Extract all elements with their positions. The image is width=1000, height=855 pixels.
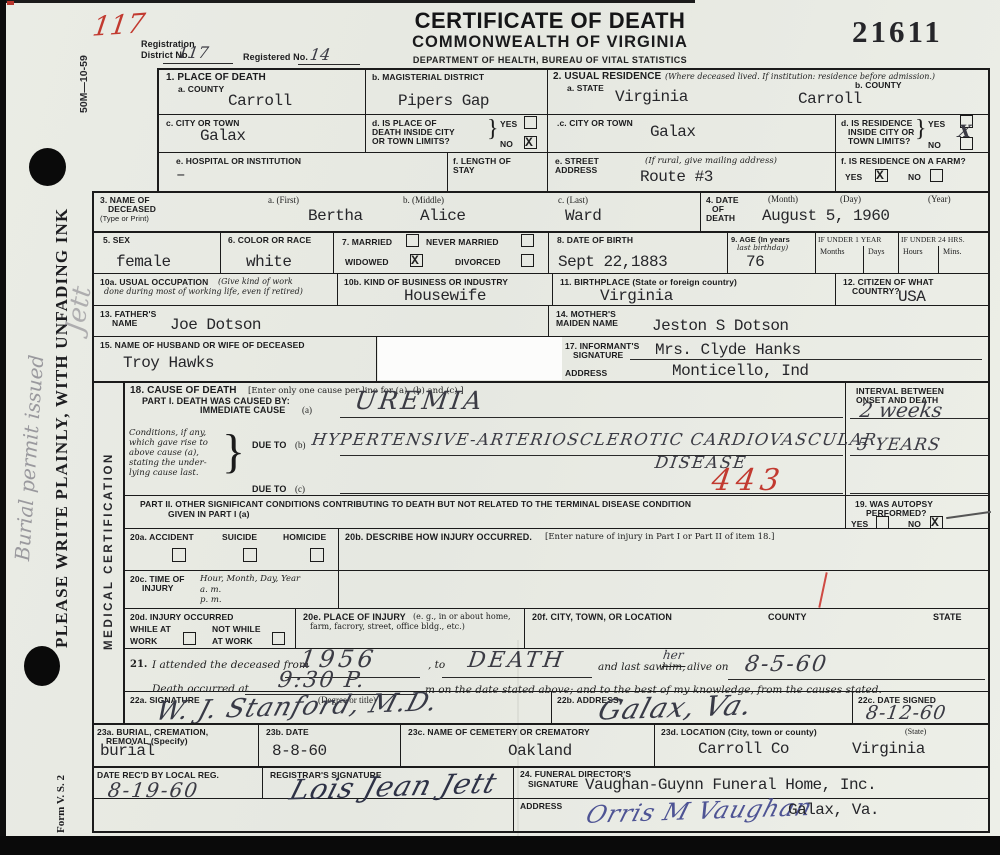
age-label2: last birthday): [737, 243, 788, 252]
funeral-address-value: Galax, Va.: [788, 801, 879, 819]
birthplace-value: Virginia: [600, 287, 673, 305]
mother-label: MAIDEN NAME: [556, 318, 618, 328]
cause-c-tag: (c): [295, 484, 305, 494]
write-plainly-notice: PLEASE WRITE PLAINLY, WITH UNFADING INK: [52, 208, 72, 648]
border: [92, 305, 990, 306]
brace: }: [915, 116, 927, 143]
border: [123, 570, 990, 571]
registered-no-line: [298, 64, 360, 65]
autopsy-no-checkmark: X: [931, 515, 939, 530]
part2-label: PART II. OTHER SIGNIFICANT CONDITIONS CO…: [140, 499, 691, 509]
department-line: DEPARTMENT OF HEALTH, BUREAU OF VITAL ST…: [375, 55, 725, 65]
middle-name-value: Alice: [420, 207, 466, 225]
last-saw-her-written: her: [662, 648, 685, 662]
border: [548, 231, 549, 273]
punch-hole-bottom: [24, 646, 60, 686]
border: [337, 273, 338, 305]
border: [988, 68, 990, 832]
spouse-label: 15. NAME OF HUSBAND OR WIFE OF DECEASED: [100, 340, 305, 350]
border: [835, 114, 836, 191]
cause-b-line: [340, 455, 843, 456]
border: [262, 766, 263, 798]
border: [447, 152, 448, 191]
limits-no-checkmark: X: [525, 135, 533, 150]
race-label: 6. COLOR OR RACE: [228, 235, 311, 245]
form-stock-code: 50M—10-59: [78, 55, 90, 113]
autopsy-no-label: NO: [908, 519, 921, 529]
residence-state-label: a. STATE: [567, 83, 604, 93]
border: [938, 246, 939, 273]
county-value: Carroll: [228, 92, 292, 110]
place-of-injury-label: 20e. PLACE OF INJURY: [303, 612, 406, 622]
district-no-value: 117: [177, 43, 210, 62]
injury-county-label: COUNTY: [768, 612, 807, 622]
county-label: a. COUNTY: [178, 84, 224, 94]
married-checkbox: [406, 234, 419, 247]
citizen-value: USA: [898, 288, 925, 306]
red-slash-mark: [818, 572, 827, 608]
first-name-label: a. (First): [268, 195, 299, 205]
never-married-label: NEVER MARRIED: [426, 237, 499, 247]
days-label: Days: [868, 247, 884, 256]
date-of-death-value: August 5, 1960: [762, 207, 889, 225]
informant-label: SIGNATURE: [573, 350, 623, 360]
occupation-note: done during most of working life, even i…: [104, 287, 303, 296]
residence-limits-checkmark: X: [957, 122, 973, 142]
medical-certification-sidebar: MEDICAL CERTIFICATION: [103, 452, 115, 650]
border: [92, 191, 94, 832]
not-while-label: NOT WHILE: [212, 624, 261, 634]
registered-no-value: 14: [309, 45, 332, 64]
farm-no-checkbox: [930, 169, 943, 182]
scan-edge-left: [0, 0, 6, 855]
border: [547, 68, 548, 191]
border: [92, 831, 990, 833]
conditions-brace: }: [222, 424, 245, 479]
residence-limits-no-label: NO: [928, 140, 941, 150]
interval-b-value: 5 YEARS: [856, 435, 942, 455]
cemetery-value: Oakland: [508, 742, 572, 760]
describe-injury-label: 20b. DESCRIBE HOW INJURY OCCURRED.: [345, 532, 532, 542]
burial-date-value: 8-8-60: [272, 742, 327, 760]
while-at-label: WHILE AT: [130, 624, 171, 634]
death-certificate-scan: 50M—10-59 PLEASE WRITE PLAINLY, WITH UNF…: [0, 0, 1000, 855]
interval-a-line: [850, 418, 988, 419]
district-no-line: [163, 63, 233, 64]
deceased-name-note: (Type or Print): [100, 214, 149, 223]
border: [338, 528, 339, 608]
residence-limits-yes-label: YES: [928, 119, 945, 129]
hospital-value: –: [176, 166, 185, 184]
citizen-label: COUNTRY?: [852, 286, 900, 296]
border: [258, 723, 259, 766]
border: [835, 273, 836, 305]
while-at-work-checkbox: [183, 632, 196, 645]
business-label: 10b. KIND OF BUSINESS OR INDUSTRY: [344, 277, 508, 287]
day-label: (Day): [840, 194, 861, 204]
commonwealth-subtitle: COMMONWEALTH OF VIRGINIA: [395, 33, 705, 52]
month-label: (Month): [768, 194, 798, 204]
residence-city-label: .c. CITY OR TOWN: [557, 118, 633, 128]
farm-yes-checkmark: X: [876, 168, 884, 183]
informant-line: [630, 359, 982, 360]
border: [92, 191, 990, 193]
last-seen-value: 8-5-60: [743, 652, 829, 677]
informant-address-label: ADDRESS: [565, 368, 607, 378]
registrar-signature-value: Lois Jean Jett: [286, 766, 501, 806]
border: [92, 381, 990, 383]
attended-to-label: , to: [428, 659, 445, 671]
usual-residence-title: 2. USUAL RESIDENCE: [553, 71, 661, 82]
street-address-note: (If rural, give mailing address): [645, 156, 777, 166]
attended-to-line: [442, 677, 592, 678]
pm-label: p. m.: [200, 595, 222, 605]
disposition-state-label: (State): [905, 727, 926, 736]
homicide-checkbox: [310, 548, 324, 562]
last-saw-text: and last saw: [598, 661, 664, 673]
widowed-label: WIDOWED: [345, 257, 389, 267]
border: [92, 723, 990, 725]
border: [815, 231, 816, 273]
cause-code-red: 443: [710, 463, 787, 498]
cause-of-death-title: 18. CAUSE OF DEATH: [130, 385, 237, 396]
disposition-state-value: Virginia: [852, 740, 925, 758]
registered-no-label: Registered No.: [243, 52, 308, 62]
border: [92, 231, 990, 233]
conditions-note: lying cause last.: [129, 468, 199, 478]
informant-address-value: Monticello, Ind: [672, 362, 809, 380]
informant-value: Mrs. Clyde Hanks: [655, 341, 801, 359]
border: [157, 152, 990, 153]
birthplace-label: 11. BIRTHPLACE (State or foreign country…: [560, 277, 737, 287]
hours-label: Hours: [903, 247, 923, 256]
border: [700, 191, 701, 231]
death-occurred-text: Death occurred at: [152, 683, 249, 695]
cause-a-value: UREMIA: [353, 386, 487, 415]
last-seen-line: [728, 679, 985, 680]
scan-edge-top: [0, 0, 695, 3]
border: [365, 68, 366, 152]
residence-county-label: b. COUNTY: [855, 80, 902, 90]
street-address-value: Route #3: [640, 168, 713, 186]
last-name-label: c. (Last): [558, 195, 588, 205]
certificate-title: CERTIFICATE OF DEATH: [395, 8, 705, 34]
form-vs-label: Form V. S. 2: [55, 775, 67, 833]
father-value: Joe Dotson: [170, 316, 261, 334]
street-address-label: ADDRESS: [555, 165, 597, 175]
border: [333, 231, 334, 273]
autopsy-yes-label: YES: [851, 519, 868, 529]
residence-city-value: Galax: [650, 123, 696, 141]
accident-label: 20a. ACCIDENT: [130, 532, 194, 542]
border: [123, 608, 990, 609]
months-label: Months: [820, 247, 844, 256]
date-signed-value: 8-12-60: [864, 702, 947, 724]
red-speck: [7, 1, 14, 5]
brace: }: [487, 116, 499, 143]
time-of-injury-note: Hour, Month, Day, Year: [200, 574, 300, 584]
cause-a-line: [340, 417, 843, 418]
am-label: a. m.: [200, 585, 221, 595]
magisterial-district-label: b. MAGISTERIAL DISTRICT: [372, 72, 484, 82]
border: [898, 231, 899, 273]
disposition-location-value: Carroll Co: [698, 740, 789, 758]
suicide-checkbox: [243, 548, 257, 562]
spouse-value: Troy Hawks: [123, 354, 214, 372]
last-name-value: Ward: [565, 207, 601, 225]
work-label: WORK: [130, 636, 157, 646]
attended-to-value: DEATH: [466, 648, 567, 673]
border: [92, 273, 990, 274]
interval-b-line: [850, 455, 988, 456]
business-value: Housewife: [404, 287, 486, 305]
due-to-c-label: DUE TO: [252, 484, 286, 494]
limits-yes-checkbox: [524, 116, 537, 129]
pencil-stroke: [946, 511, 991, 519]
autopsy-yes-checkbox: [876, 516, 889, 529]
border: [123, 495, 990, 496]
border: [552, 273, 553, 305]
conditions-note: Conditions, if any,: [129, 428, 206, 438]
part2-label2: GIVEN IN PART I (a): [168, 509, 250, 519]
father-label: NAME: [112, 318, 137, 328]
border: [654, 723, 655, 766]
border: [524, 608, 525, 648]
never-married-checkbox: [521, 234, 534, 247]
injury-city-label: 20f. CITY, TOWN, OR LOCATION: [532, 612, 672, 622]
border: [157, 68, 159, 191]
interval-c-line: [850, 493, 988, 494]
date-received-value: 8-19-60: [106, 778, 201, 802]
middle-name-label: b. (Middle): [403, 195, 444, 205]
limits-no-label: NO: [500, 139, 513, 149]
deceased-name-label: DECEASED: [108, 204, 156, 214]
burial-value: burial: [100, 742, 155, 760]
redaction-box: [378, 337, 562, 380]
conditions-note: above cause (a),: [129, 448, 199, 458]
place-of-injury-note: farm, facrory, street, office bldg., etc…: [310, 622, 465, 631]
accident-checkbox: [172, 548, 186, 562]
age-value: 76: [746, 253, 764, 271]
border: [123, 381, 125, 723]
sex-label: 5. SEX: [103, 235, 130, 245]
border: [157, 68, 990, 70]
farm-yes-label: YES: [845, 172, 862, 182]
funeral-address-label: ADDRESS: [520, 801, 562, 811]
time-of-injury-label: INJURY: [142, 583, 173, 593]
funeral-home-value: Vaughan-Guynn Funeral Home, Inc.: [585, 776, 876, 794]
certifier-address-value: Galax, Va.: [594, 688, 757, 726]
married-label: 7. MARRIED: [342, 237, 392, 247]
race-value: white: [246, 253, 292, 271]
border: [157, 114, 990, 115]
at-work-label: AT WORK: [212, 636, 253, 646]
occupation-note: (Give kind of work: [218, 277, 293, 286]
length-of-stay-label: STAY: [453, 165, 475, 175]
farm-no-label: NO: [908, 172, 921, 182]
red-handwritten-number: 117: [90, 8, 147, 43]
magisterial-district-value: Pipers Gap: [398, 92, 489, 110]
describe-injury-note: [Enter nature of injury in Part I or Par…: [545, 532, 774, 542]
year-label: (Year): [928, 194, 951, 204]
conditions-note: stating the under-: [129, 458, 207, 468]
date-of-death-label: DEATH: [706, 213, 735, 223]
attended-number: 21.: [130, 659, 147, 670]
burial-date-label: 23b. DATE: [266, 727, 309, 737]
mother-value: Jeston S Dotson: [652, 317, 789, 335]
mins-label: Mins.: [943, 247, 961, 256]
limits-label: OR TOWN LIMITS?: [372, 136, 450, 146]
suicide-label: SUICIDE: [222, 532, 257, 542]
border: [220, 231, 221, 273]
funeral-director-label: SIGNATURE: [528, 779, 578, 789]
disposition-location-label: 23d. LOCATION (City, town or county): [661, 727, 817, 737]
residence-county-value: Carroll: [798, 90, 862, 108]
border: [845, 381, 846, 528]
alive-on-text: alive on: [687, 661, 729, 673]
residence-limits-label: TOWN LIMITS?: [848, 136, 910, 146]
immediate-cause-label: IMMEDIATE CAUSE: [200, 405, 285, 415]
border: [295, 608, 296, 648]
first-name-value: Bertha: [308, 207, 363, 225]
residence-state-value: Virginia: [615, 88, 688, 106]
border: [513, 766, 514, 832]
dob-value: Sept 22,1883: [558, 253, 667, 271]
cause-b-tag: (b): [295, 440, 306, 450]
border: [548, 305, 549, 336]
cemetery-label: 23c. NAME OF CEMETERY OR CREMATORY: [408, 727, 590, 737]
limits-yes-label: YES: [500, 119, 517, 129]
place-of-injury-note: (e. g., in or about home,: [413, 612, 511, 621]
scan-edge-bottom: [0, 836, 1000, 855]
due-to-b-label: DUE TO: [252, 440, 286, 450]
border: [727, 231, 728, 273]
cause-a-tag: (a): [302, 405, 312, 415]
border: [92, 766, 990, 768]
certificate-serial-number: 21611: [852, 14, 943, 50]
divorced-checkbox: [521, 254, 534, 267]
occupation-label: 10a. USUAL OCCUPATION: [100, 277, 208, 287]
punch-hole-top: [29, 148, 66, 186]
cause-b-value: HYPERTENSIVE-ARTERIOSCLEROTIC CARDIOVASC…: [311, 430, 879, 449]
pencil-margin-note: Burial permit issued: [10, 354, 48, 562]
not-while-at-work-checkbox: [272, 632, 285, 645]
widowed-checkmark: X: [411, 253, 419, 268]
under-24hr-label: IF UNDER 24 HRS.: [901, 235, 965, 244]
border: [863, 246, 864, 273]
injury-state-label: STATE: [933, 612, 962, 622]
under-1yr-label: IF UNDER 1 YEAR: [818, 235, 882, 244]
injury-occurred-label: 20d. INJURY OCCURRED: [130, 612, 234, 622]
border: [400, 723, 401, 766]
city-value: Galax: [200, 127, 246, 145]
sex-value: female: [116, 253, 171, 271]
hospital-label: e. HOSPITAL OR INSTITUTION: [176, 156, 301, 166]
border: [376, 336, 377, 381]
place-of-death-title: 1. PLACE OF DEATH: [166, 72, 266, 83]
last-saw-him-struck: him,: [662, 661, 685, 673]
homicide-label: HOMICIDE: [283, 532, 326, 542]
dob-label: 8. DATE OF BIRTH: [557, 235, 633, 245]
farm-label: f. IS RESIDENCE ON A FARM?: [841, 156, 966, 166]
divorced-label: DIVORCED: [455, 257, 501, 267]
border: [92, 798, 990, 799]
conditions-note: which gave rise to: [129, 438, 208, 448]
